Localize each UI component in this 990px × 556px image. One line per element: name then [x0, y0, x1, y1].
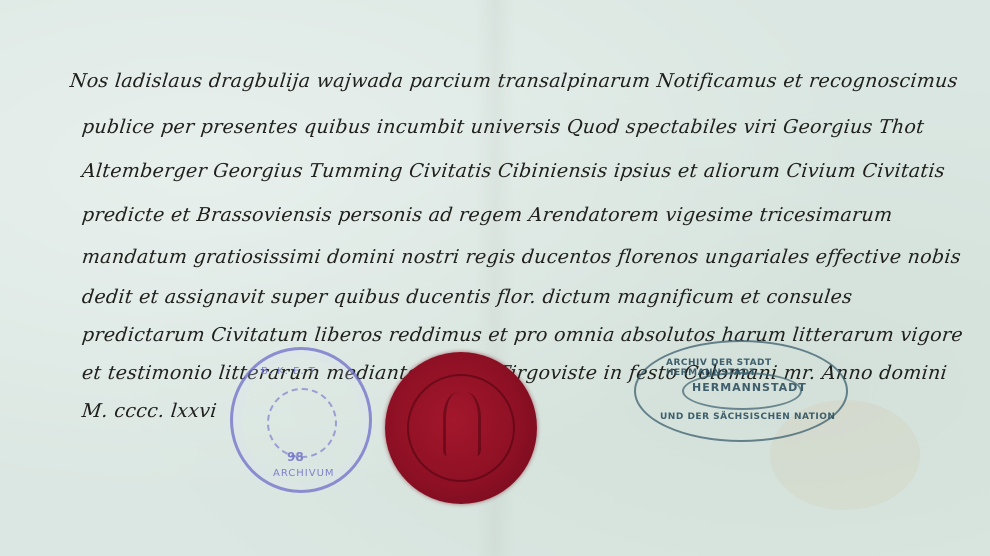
- blue-stamp-emblem-icon: [267, 388, 337, 458]
- document-page: Nos ladislaus dragbulija wajwada parcium…: [0, 0, 990, 556]
- blue-ink-stamp: B. K. E. T. 98 ARCHIVUM: [230, 347, 372, 493]
- blue-stamp-top-text: B. K. E. T.: [261, 366, 319, 377]
- text-line-5: mandatum gratiosissimi domini nostri reg…: [81, 246, 962, 268]
- red-wax-seal: [385, 352, 537, 504]
- text-line-2: publice per presentes quibus incumbit un…: [81, 116, 926, 138]
- text-line-7: predictarum Civitatum liberos reddimus e…: [81, 324, 964, 346]
- text-line-9: M. cccc. lxxvi: [81, 400, 218, 422]
- blue-stamp-bottom-text: ARCHIVUM: [273, 468, 335, 479]
- wax-seal-emblem-icon: [443, 392, 481, 456]
- text-line-3: Altemberger Georgius Tumming Civitatis C…: [81, 160, 946, 182]
- text-line-4: predicte et Brassoviensis personis ad re…: [81, 204, 894, 226]
- oval-stamp-bottom-text: UND DER SÄCHSISCHEN NATION: [660, 412, 835, 422]
- text-line-1: Nos ladislaus dragbulija wajwada parcium…: [69, 70, 959, 92]
- oval-stamp-center-text: HERMANNSTADT: [692, 381, 807, 394]
- blue-stamp-number: 98: [287, 450, 304, 464]
- oval-archive-stamp: ARCHIV DER STADT HERMANNSTADT HERMANNSTA…: [634, 340, 848, 442]
- text-line-6: dedit et assignavit super quibus ducenti…: [81, 286, 854, 308]
